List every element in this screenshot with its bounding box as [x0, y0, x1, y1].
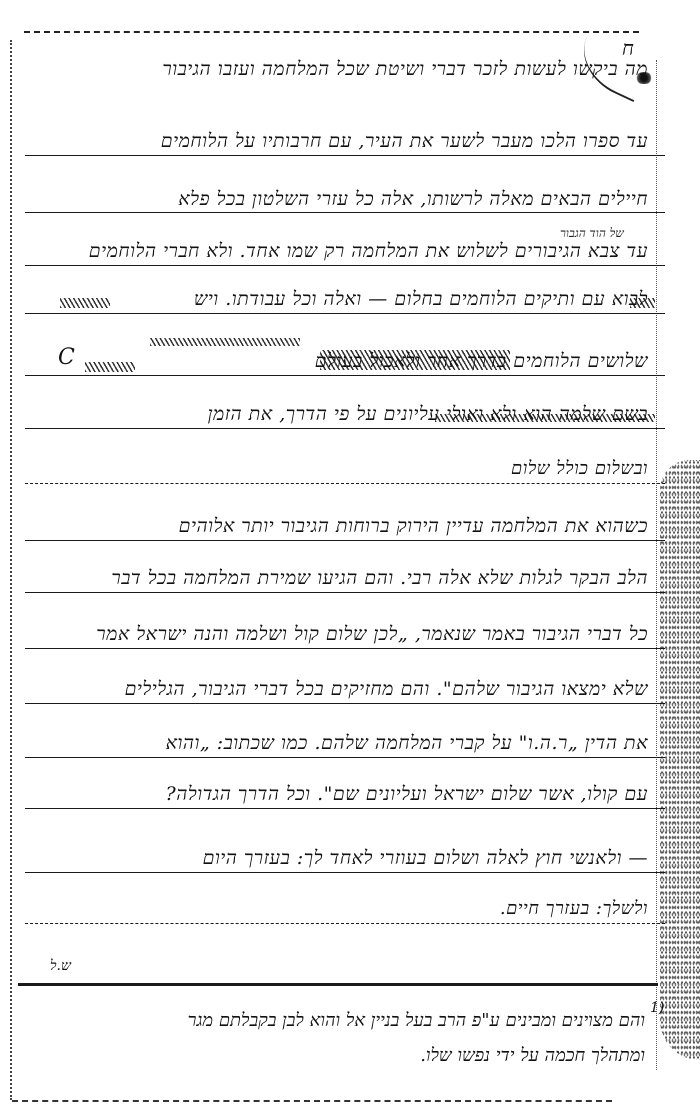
interlinear-insert: של הוד הגבור [560, 226, 624, 241]
text-line: ולשלך: בעזרך חיים. [500, 898, 648, 919]
strikeout-scribble [435, 414, 655, 422]
ruled-line [25, 483, 665, 484]
margin-mark: C [58, 345, 75, 370]
text-line: כשהוא את המלחמה עדיין הירוק ברוחות הגיבו… [179, 515, 648, 538]
text-line: מה ביקשו לעשות לזכר דברי ושיטת שכל המלחמ… [162, 58, 648, 81]
strikeout-scribble [85, 362, 135, 372]
strikeout-scribble [630, 298, 655, 308]
scan-speckle-edge [660, 460, 700, 1060]
ruled-line [25, 212, 665, 213]
ruled-line [25, 313, 665, 314]
ruled-line [25, 155, 665, 156]
text-line: עם קולו, אשר שלום ישראל ועליונים שם". וכ… [166, 783, 648, 806]
page-left-edge [10, 40, 12, 1100]
ruled-line [25, 703, 665, 704]
strikeout-scribble [320, 350, 510, 370]
text-line: ובשלום כולל שלום [511, 458, 648, 479]
ruled-line [25, 648, 665, 649]
ruled-line [25, 540, 665, 541]
ruled-line [25, 757, 665, 758]
footnote-line: והם מצוינים ומבינים ע"פ הרב בעל בניין אל… [188, 1010, 645, 1031]
text-line: שלא ימצאו הגיבור שלהם". והם מחזיקים בכל … [125, 678, 648, 701]
text-line: את הדין „ר.ה.ו" על קברי המלחמה שלהם. כמו… [166, 732, 648, 755]
ruled-line [25, 375, 665, 376]
ruled-line [25, 428, 665, 429]
footnote-separator [18, 983, 658, 986]
ruled-line [25, 923, 665, 924]
strikeout-scribble [60, 298, 110, 308]
ruled-line [25, 808, 665, 809]
manuscript-page: ח מה ביקשו לעשות לזכר דברי ושיטת שכל המל… [0, 0, 700, 1120]
text-line: — ולאנשי חוץ לאלה ושלום בעוזרי לאחד לך: … [203, 847, 648, 870]
ruled-line [25, 265, 665, 266]
separator-mark: ש.ל [50, 958, 71, 975]
page-bottom-edge [12, 1100, 612, 1102]
strikeout-scribble [150, 338, 300, 346]
ruled-line [25, 592, 665, 593]
page-top-edge [24, 31, 639, 33]
ruled-line [25, 872, 665, 873]
text-line: עד צבא הגיבורים לשלוש את המלחמה רק שמו א… [89, 240, 648, 263]
text-line: הלב הבקר לגלות שלא אלה רבי. והם הגיעו שמ… [111, 567, 648, 590]
footnote-marker: 1) [650, 1000, 664, 1016]
text-line: עד ספרו הלכו מעבר לשער את העיר, עם חרבות… [161, 130, 648, 153]
text-line: כל דברי הגיבור באמר שנאמר, „לכן שלום קול… [96, 623, 648, 646]
text-line: לבוא עם ותיקים הלוחמים בחלום — ואלה וכל … [194, 288, 648, 311]
text-line: חיילים הבאים מאלה לרשותו, אלה כל עזרי הש… [178, 188, 648, 211]
footnote-line: ומתהלך חכמה על ידי נפשו שלו. [420, 1045, 645, 1066]
